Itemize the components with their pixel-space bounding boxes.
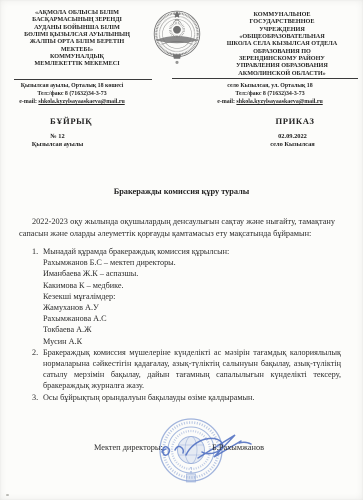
org-name-russian: КОММУНАЛЬНОЕ ГОСУДАРСТВЕННОЕ УЧРЕЖДЕНИЯ … bbox=[206, 11, 358, 77]
email-label: e-mail: bbox=[19, 99, 38, 105]
phone-line: Тел:/факс 8 (71632)34-3-73 bbox=[4, 90, 140, 98]
email-label: e-mail: bbox=[217, 99, 236, 105]
kazakhstan-emblem-icon bbox=[151, 8, 203, 66]
order-heading-kazakh: БҰЙРЫҚ bbox=[16, 116, 126, 126]
commission-members: Рахымжанов Б.С – мектеп директоры. Иманб… bbox=[43, 257, 341, 347]
list-item: 3. Осы бұйрықтың орындалуын бақылауды өз… bbox=[19, 392, 341, 403]
header-rule-right bbox=[172, 78, 358, 79]
phone-line: Тел:/факс 8 (71632)34-3-73 bbox=[192, 90, 348, 98]
item-text: Бракераждық комиссия мүшелеріне күнделік… bbox=[43, 348, 341, 391]
email-link[interactable]: shkola.kyzylsayaaskaeva@mail.ru bbox=[38, 99, 124, 105]
list-item: 2. Бракераждық комиссия мүшелеріне күнде… bbox=[19, 347, 341, 392]
address-line: село Кызылсая, ул. Орталық 18 bbox=[192, 82, 348, 90]
item-number: 3. bbox=[32, 392, 38, 403]
item-number: 2. bbox=[32, 347, 38, 358]
item-text: Осы бұйрықтың орындалуын бақылауды өзіме… bbox=[43, 393, 254, 402]
order-document-page: «АҚМОЛА ОБЛЫСЫ БІЛІМ БАСҚАРМАСЫНЫҢ ЗЕРЕН… bbox=[0, 0, 363, 500]
item-number: 1. bbox=[32, 246, 38, 257]
order-date-and-place: 02.09.2022 село Кызылсая bbox=[245, 133, 340, 149]
email-line: e-mail: shkola.kyzylsayaaskaeva@mail.ru bbox=[4, 98, 140, 106]
header-rule-left bbox=[14, 79, 152, 80]
list-item: 1. Мынадай құрамда бракераждық комиссия … bbox=[19, 246, 341, 347]
contact-block-russian: село Кызылсая, ул. Орталық 18 Тел:/факс … bbox=[192, 82, 348, 106]
email-line: e-mail: shkola.kyzylsayaaskaeva@mail.ru bbox=[192, 98, 348, 106]
item-text: Мынадай құрамда бракераждық комиссия құр… bbox=[43, 247, 229, 256]
org-name-kazakh: «АҚМОЛА ОБЛЫСЫ БІЛІМ БАСҚАРМАСЫНЫҢ ЗЕРЕН… bbox=[6, 9, 148, 68]
signature-name: Б.Рахымжанов bbox=[212, 443, 264, 452]
signature-role-label: Мектеп директоры: bbox=[94, 443, 163, 452]
order-subject-title: Бракеражды комиссия құру туралы bbox=[0, 187, 363, 196]
order-preamble: 2022-2023 оқу жылында оқушылардың денсау… bbox=[19, 216, 335, 239]
order-heading-russian: ПРИКАЗ bbox=[240, 116, 350, 126]
contact-block-kazakh: Қызылсая ауылы, Орталық 18 көшесі Тел:/ф… bbox=[4, 82, 140, 106]
order-number-and-place: № 12 Қызылсая ауылы bbox=[10, 133, 105, 149]
scan-speck bbox=[6, 494, 9, 496]
email-link[interactable]: shkola.kyzylsayaaskaeva@mail.ru bbox=[236, 99, 322, 105]
resolution-list: 1. Мынадай құрамда бракераждық комиссия … bbox=[19, 246, 341, 403]
address-line: Қызылсая ауылы, Орталық 18 көшесі bbox=[4, 82, 140, 90]
